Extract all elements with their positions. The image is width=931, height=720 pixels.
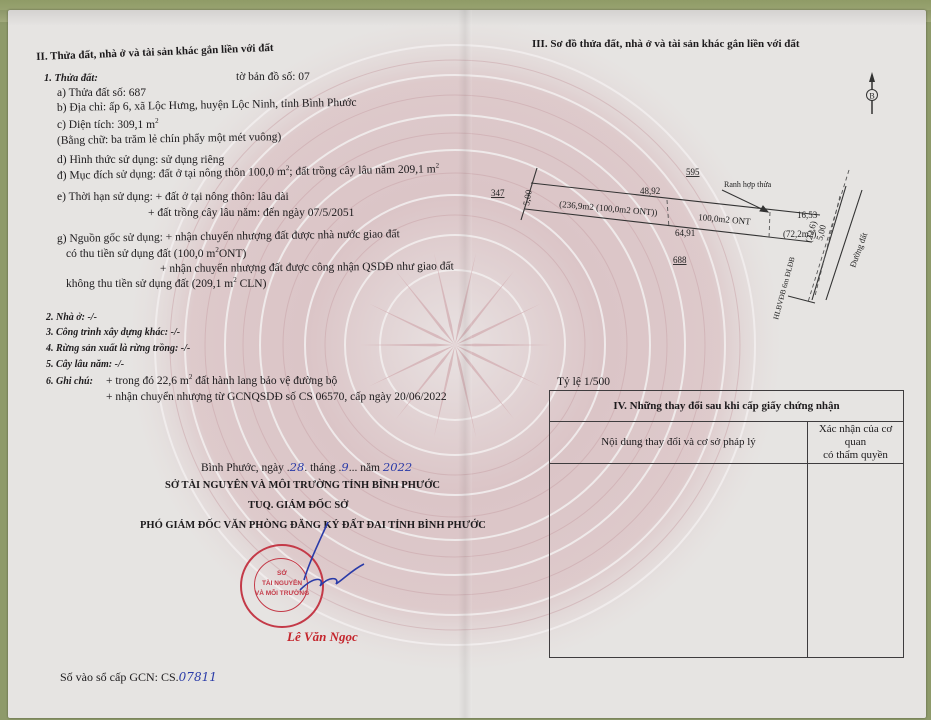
usage-term-1: e) Thời hạn sử dụng: + đất ở tại nông th… xyxy=(57,190,289,204)
origin-2-text: có thu tiền sử dụng đất (100,0 m xyxy=(66,248,215,260)
usage-form: d) Hình thức sử dụng: sử dụng riêng xyxy=(57,153,224,167)
section-iii-title: III. Sơ đồ thửa đất, nhà ở và tài sản kh… xyxy=(532,37,800,51)
origin-4b-text: CLN) xyxy=(237,278,267,290)
year-prefix: ... năm xyxy=(349,462,383,474)
note-2: + nhận chuyển nhượng từ GCNQSDĐ số CS 06… xyxy=(106,390,447,404)
origin-line-2: có thu tiền sử dụng đất (100,0 m2ONT) xyxy=(66,247,246,261)
usage-term-2: + đất trồng cây lâu năm: đến ngày 07/5/2… xyxy=(148,206,354,220)
date-prefix: Bình Phước, ngày . xyxy=(201,462,290,474)
date-month: 9 xyxy=(341,460,348,474)
confirm-header-line-2: có thẩm quyền xyxy=(823,449,888,461)
origin-line-4: không thu tiền sử dụng đất (209,1 m2 CLN… xyxy=(66,277,266,291)
changes-table-title: IV. Những thay đổi sau khi cấp giấy chứn… xyxy=(550,391,904,422)
origin-4-text: không thu tiền sử dụng đất (209,1 m xyxy=(66,278,233,290)
parcel-area: c) Diện tích: 309,1 m2 xyxy=(57,118,159,132)
house-info: 2. Nhà ở: -/- xyxy=(46,311,97,325)
issuing-authority: SỞ TÀI NGUYÊN VÀ MÔI TRƯỜNG TỈNH BÌNH PH… xyxy=(165,479,440,493)
changes-table: IV. Những thay đổi sau khi cấp giấy chứn… xyxy=(549,390,904,658)
other-works-info: 3. Công trình xây dựng khác: -/- xyxy=(46,326,180,340)
confirm-header-line-1: Xác nhận của cơ quan xyxy=(819,423,892,448)
origin-2b-text: ONT) xyxy=(219,248,246,260)
page-crease xyxy=(458,10,472,718)
registry-value: 07811 xyxy=(179,670,217,684)
on-behalf-of: TUQ. GIÁM ĐỐC SỞ xyxy=(248,499,348,513)
land-heading: 1. Thửa đất: xyxy=(44,72,98,86)
forest-info: 4. Rừng sản xuất là rừng trồng: -/- xyxy=(46,342,190,356)
parcel-number: a) Thửa đất số: 687 xyxy=(57,86,146,100)
purpose-text-2: ; đất trồng cây lâu năm 209,1 m xyxy=(289,163,435,178)
perennial-info: 5. Cây lâu năm: -/- xyxy=(46,358,124,372)
origin-line-3: + nhận chuyển nhượng đất được công nhận … xyxy=(160,259,454,276)
changes-content-cell xyxy=(550,464,808,658)
area-value: c) Diện tích: 309,1 m xyxy=(57,119,155,131)
column-content-header: Nội dung thay đổi và cơ sở pháp lý xyxy=(550,422,808,464)
signing-place-date: Bình Phước, ngày .28. tháng .9... năm 20… xyxy=(201,460,412,475)
date-day: 28 xyxy=(290,460,305,474)
notes-label: 6. Ghi chú: xyxy=(46,375,93,389)
note-1: + trong đó 22,6 m2 đất hành lang bảo vệ … xyxy=(106,374,337,388)
map-scale: Tỷ lệ 1/500 xyxy=(557,375,610,389)
registry-number: Số vào sổ cấp GCN: CS.07811 xyxy=(60,670,217,684)
map-sheet-number: tờ bản đồ số: 07 xyxy=(236,70,310,84)
column-confirm-header: Xác nhận của cơ quancó thẩm quyền xyxy=(808,422,904,464)
month-prefix: . tháng . xyxy=(304,462,341,474)
note-1-text: + trong đó 22,6 m xyxy=(106,375,189,387)
signer-name: Lê Văn Ngọc xyxy=(287,630,358,644)
date-year: 2022 xyxy=(383,460,412,474)
registry-label: Số vào sổ cấp GCN: CS. xyxy=(60,670,179,684)
changes-confirm-cell xyxy=(808,464,904,658)
purpose-text: đ) Mục đích sử dụng: đất ở tại nông thôn… xyxy=(57,166,286,182)
note-1b-text: đất hành lang bảo vệ đường bộ xyxy=(192,375,337,387)
signature-icon xyxy=(290,520,370,610)
